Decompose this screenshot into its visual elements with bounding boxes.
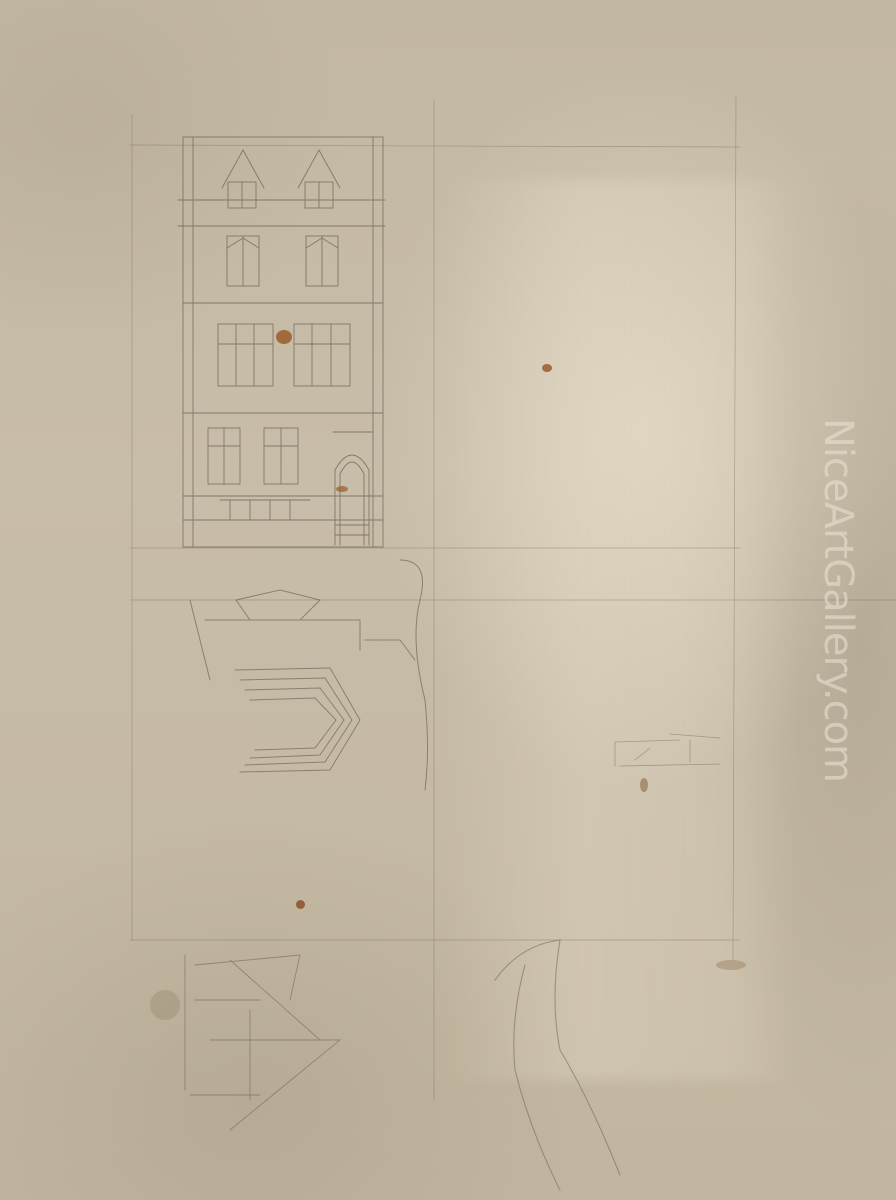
artwork-canvas: NiceArtGallery.com (0, 0, 896, 1200)
stain (150, 990, 180, 1020)
detail-study-corbel (190, 560, 428, 790)
watermark: NiceArtGallery.com (815, 418, 861, 782)
figure-study (495, 940, 620, 1190)
stain (336, 486, 348, 492)
small-sketch (615, 734, 720, 766)
pencil-drawing (0, 0, 896, 1200)
stain (276, 330, 292, 344)
stain (542, 364, 552, 372)
stain (296, 900, 305, 909)
detail-study-framing (185, 955, 340, 1130)
stain (716, 960, 746, 970)
stain (640, 778, 648, 792)
